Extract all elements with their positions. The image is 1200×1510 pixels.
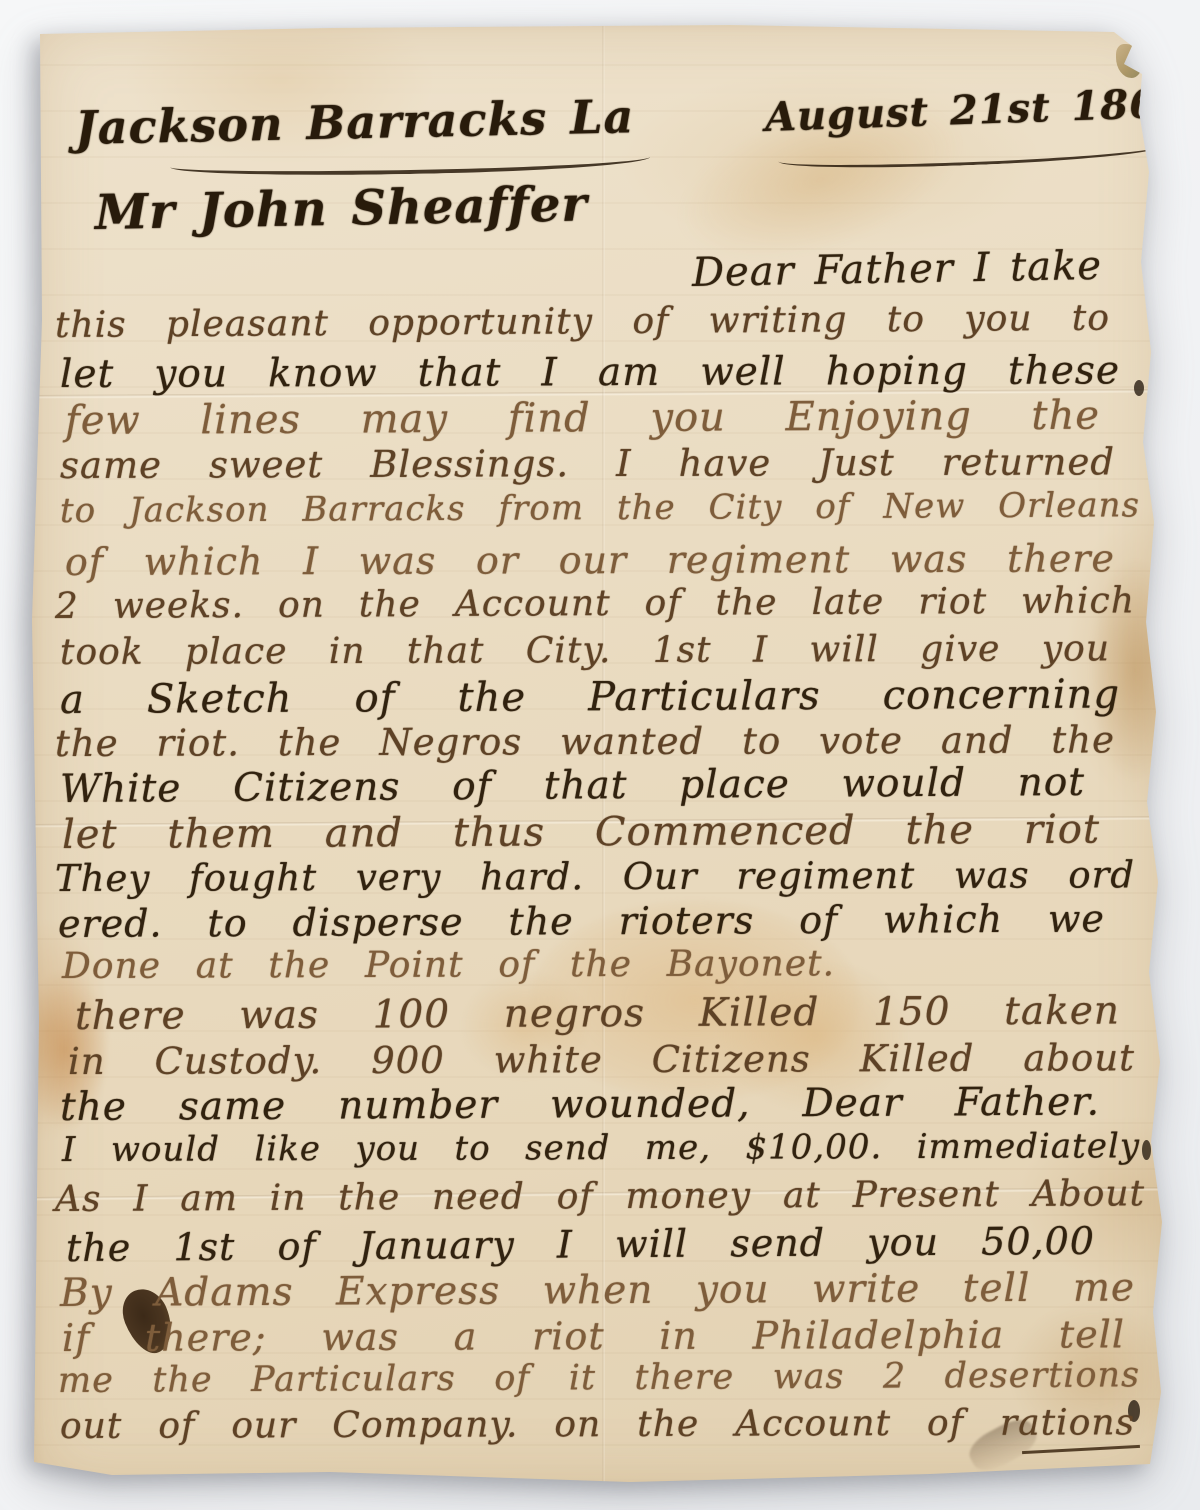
letter-line: By Adams Express when you write tell me: [60, 1270, 1135, 1311]
salutation-line: Dear Father I take: [692, 248, 1103, 291]
letter-line: out of our Company. on the Account of ra…: [60, 1407, 1135, 1443]
letter-line: this pleasant opportunity of writing to …: [55, 303, 1110, 343]
letter-line: a Sketch of the Particulars concerning: [60, 676, 1120, 718]
dateline-place: Jackson Barracks La: [75, 96, 635, 149]
letter-line: the same number wounded, Dear Father.: [60, 1085, 1100, 1126]
letter-line: took place in that City. 1st I will give…: [60, 633, 1110, 669]
letter-line: the riot. the Negros wanted to vote and …: [55, 723, 1115, 760]
letter-line: of which I was or our regiment was there: [65, 541, 1115, 579]
torn-corner-fiber: [1116, 44, 1142, 78]
letter-line: if there; was a riot in Philadelphia tel…: [62, 1317, 1125, 1355]
edge-speck-2: [1142, 1140, 1151, 1160]
letter-scan: Jackson Barracks La August 21st 1866 Mr …: [0, 0, 1200, 1510]
letter-line: White Citizens of that place would not: [60, 765, 1085, 807]
letter-line: 2 weeks. on the Account of the late riot…: [55, 585, 1135, 623]
rations-underline: [1022, 1445, 1140, 1454]
letter-line: in Custody. 900 white Citizens Killed ab…: [68, 1041, 1135, 1078]
letter-line: same sweet Blessings. I have Just return…: [60, 445, 1115, 482]
letter-line: me the Particulars of it there was 2 des…: [58, 1360, 1140, 1397]
letter-line: few lines may find you Enjoying the: [65, 398, 1100, 439]
letter-line: Done at the Point of the Bayonet.: [62, 948, 835, 983]
edge-speck-1: [1134, 380, 1144, 396]
letter-line: to Jackson Barracks from the City of New…: [60, 490, 1140, 526]
letter-line: the 1st of January I will send you 50,00: [66, 1224, 1095, 1265]
addressee-line: Mr John Sheaffer: [95, 183, 588, 235]
letter-line: I would like you to send me, $10,00. imm…: [62, 1131, 1140, 1165]
letter-line: ered. to disperse the rioters of which w…: [58, 902, 1105, 942]
letter-line: there was 100 negros Killed 150 taken: [75, 994, 1120, 1035]
letter-line: let you know that I am well hoping these: [60, 353, 1120, 392]
letter-paper: Jackson Barracks La August 21st 1866 Mr …: [30, 20, 1172, 1492]
dateline-date: August 21st 1866: [764, 85, 1187, 136]
letter-line: let them and thus Commenced the riot: [62, 812, 1100, 853]
letter-line: As I am in the need of money at Present …: [55, 1178, 1145, 1216]
letter-line: They fought very hard. Our regiment was …: [55, 858, 1135, 895]
